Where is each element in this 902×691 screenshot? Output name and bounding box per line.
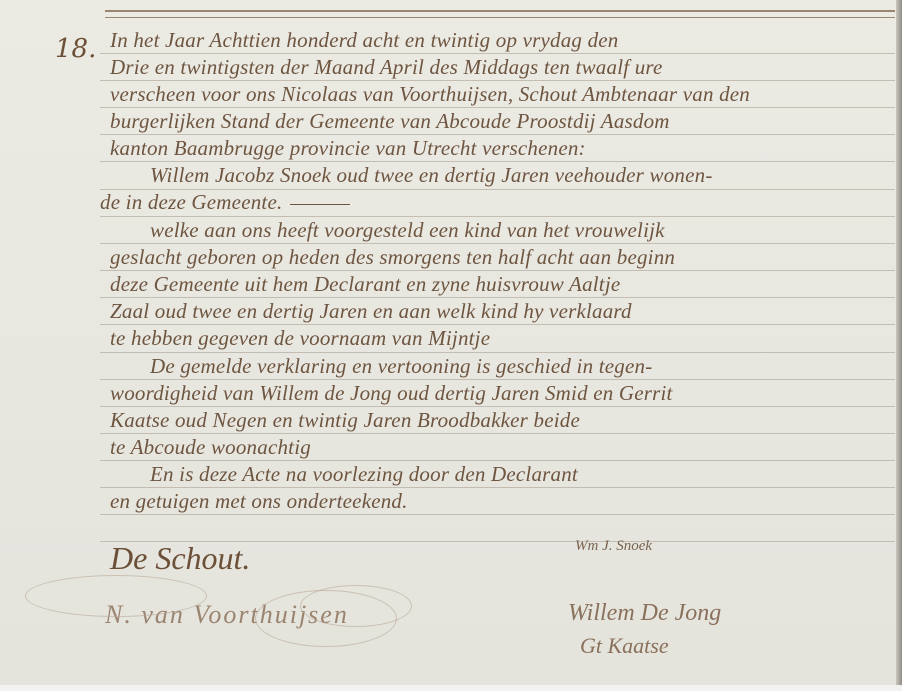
ruled-line bbox=[100, 379, 895, 380]
ruled-line bbox=[100, 161, 895, 162]
record-line-5: kanton Baambrugge provincie van Utrecht … bbox=[110, 136, 586, 161]
record-line-9: geslacht geboren op heden des smorgens t… bbox=[110, 245, 675, 270]
ruled-line bbox=[100, 107, 895, 108]
record-line-10: deze Gemeente uit hem Declarant en zyne … bbox=[110, 272, 620, 297]
record-line-14: woordigheid van Willem de Jong oud derti… bbox=[110, 381, 673, 406]
record-line-1: In het Jaar Achttien honderd acht en twi… bbox=[110, 28, 619, 53]
ruled-line bbox=[100, 270, 895, 271]
record-line-13: De gemelde verklaring en vertooning is g… bbox=[150, 354, 652, 379]
record-line-8: welke aan ons heeft voorgesteld een kind… bbox=[150, 218, 665, 243]
witness-1-signature: Willem De Jong bbox=[568, 600, 721, 627]
top-double-rule-lower bbox=[105, 17, 895, 18]
image-border bbox=[0, 685, 902, 691]
ruled-line bbox=[100, 460, 895, 461]
ruled-line bbox=[100, 297, 895, 298]
record-line-18: en getuigen met ons onderteekend. bbox=[110, 489, 408, 514]
record-line-3: verscheen voor ons Nicolaas van Voorthui… bbox=[110, 82, 750, 107]
official-title: De Schout. bbox=[110, 540, 250, 577]
ruled-line bbox=[100, 134, 895, 135]
record-line-2: Drie en twintigsten der Maand April des … bbox=[110, 55, 663, 80]
ruled-line bbox=[100, 243, 895, 244]
signature-flourish bbox=[25, 575, 207, 617]
register-page: 18. In het Jaar Achttien honderd acht en… bbox=[0, 0, 896, 685]
ruled-line bbox=[100, 324, 895, 325]
entry-number: 18. bbox=[55, 34, 96, 64]
record-line-6: Willem Jacobz Snoek oud twee en dertig J… bbox=[150, 163, 713, 188]
ruled-line bbox=[100, 80, 895, 81]
ruled-line bbox=[100, 433, 895, 434]
page-edge bbox=[896, 0, 902, 691]
record-line-12: te hebben gegeven de voornaam van Mijntj… bbox=[110, 326, 490, 351]
ruled-line bbox=[100, 352, 895, 353]
record-line-17: En is deze Acte na voorlezing door den D… bbox=[150, 462, 578, 487]
ruled-line bbox=[100, 216, 895, 217]
record-line-4: burgerlijken Stand der Gemeente van Abco… bbox=[110, 109, 670, 134]
record-line-16: te Abcoude woonachtig bbox=[110, 435, 311, 460]
ruled-line bbox=[100, 487, 895, 488]
witness-2-signature: Gt Kaatse bbox=[580, 633, 669, 659]
ruled-line bbox=[100, 53, 895, 54]
declarant-signature: Wm J. Snoek bbox=[575, 538, 652, 555]
record-line-15: Kaatse oud Negen en twintig Jaren Broodb… bbox=[110, 408, 580, 433]
top-double-rule bbox=[105, 10, 895, 12]
ruled-line bbox=[100, 406, 895, 407]
record-line-7: de in deze Gemeente. bbox=[100, 190, 350, 215]
signature-flourish bbox=[300, 585, 412, 627]
ruled-line bbox=[100, 514, 895, 515]
record-line-11: Zaal oud twee en dertig Jaren en aan wel… bbox=[110, 299, 632, 324]
